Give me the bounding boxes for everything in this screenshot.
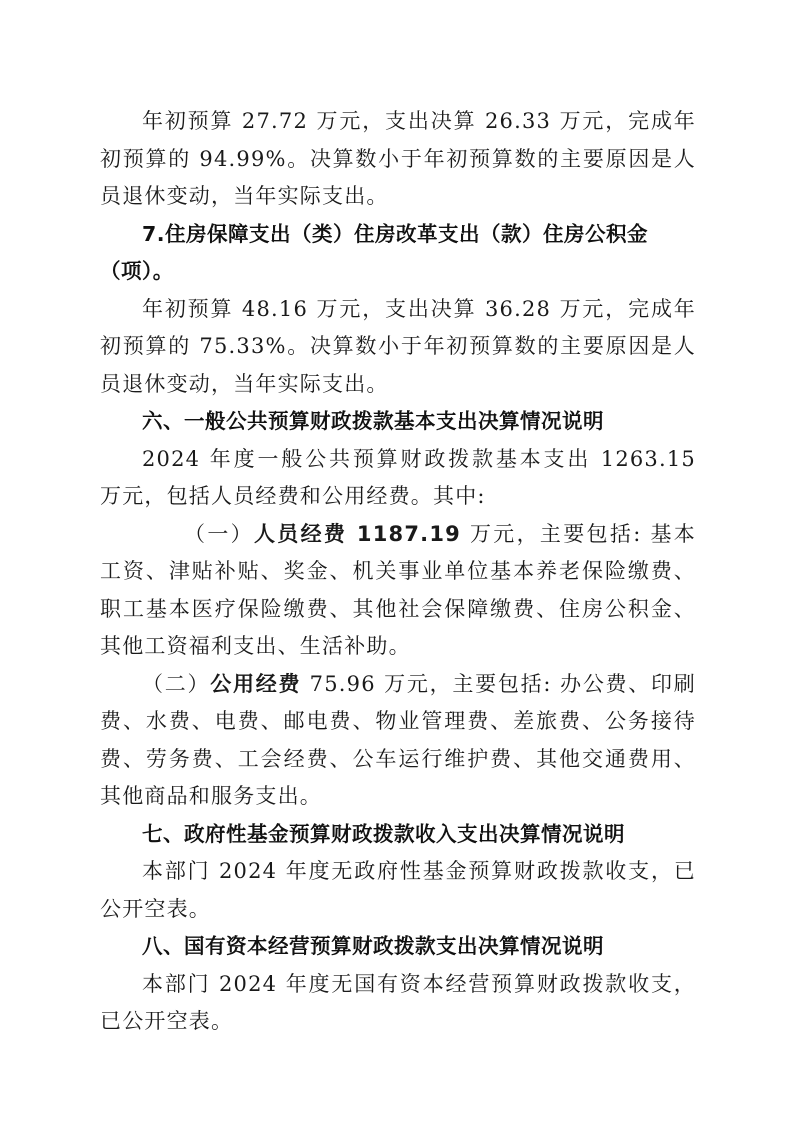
heading-item7-housing-fund: 7.住房保障支出（类）住房改革支出（款）住房公积金（项）。: [100, 216, 696, 291]
document-page: 年初预算 27.72 万元，支出决算 26.33 万元，完成年初预算的 94.9…: [100, 103, 696, 1041]
public-prefix: （二）: [142, 672, 210, 696]
section-8-title: 八、国有资本经营预算财政拨款支出决算情况说明: [100, 928, 696, 966]
personnel-prefix: （一）: [184, 522, 254, 546]
public-label: 公用经费: [210, 672, 301, 696]
section-7-title: 七、政府性基金预算财政拨款收入支出决算情况说明: [100, 816, 696, 854]
paragraph-basic-expenditure: 2024 年度一般公共预算财政拨款基本支出 1263.15 万元，包括人员经费和…: [100, 441, 696, 516]
paragraph-state-capital: 本部门 2024 年度无国有资本经营预算财政拨款收支，已公开空表。: [100, 966, 696, 1041]
paragraph-item6-budget: 年初预算 27.72 万元，支出决算 26.33 万元，完成年初预算的 94.9…: [100, 103, 696, 216]
paragraph-public-expenses: （二）公用经费 75.96 万元，主要包括: 办公费、印刷费、水费、电费、邮电费…: [100, 666, 696, 816]
paragraph-item7-budget: 年初预算 48.16 万元，支出决算 36.28 万元，完成年初预算的 75.3…: [100, 291, 696, 404]
paragraph-personnel-expenses: （一）人员经费 1187.19 万元，主要包括: 基本工资、津贴补贴、奖金、机关…: [100, 516, 696, 666]
paragraph-gov-fund: 本部门 2024 年度无政府性基金预算财政拨款收支，已公开空表。: [100, 853, 696, 928]
section-6-title: 六、一般公共预算财政拨款基本支出决算情况说明: [100, 403, 696, 441]
personnel-label: 人员经费 1187.19: [254, 522, 461, 546]
